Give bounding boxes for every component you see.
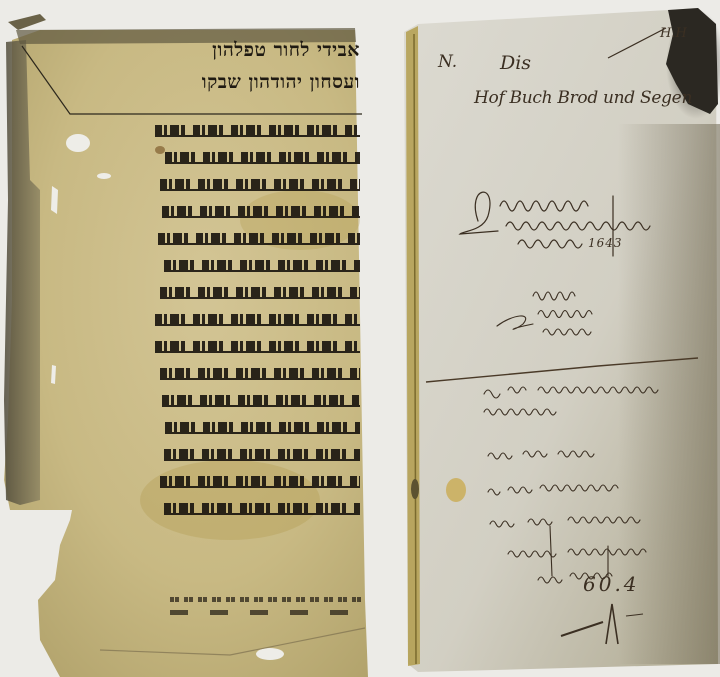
hebrew-text-line: [150, 440, 360, 467]
hebrew-text-line: [150, 224, 360, 251]
hebrew-header-line-1: אבידי לחור טפלהון: [150, 34, 360, 66]
signature-cursive: [493, 284, 653, 344]
german-paper-leaf: N. H.H Dis Hof Buch Brod und Segen 1643: [398, 4, 720, 674]
hebrew-text-line: [150, 305, 360, 332]
title-line-1: Dis: [500, 52, 531, 74]
hebrew-footer-line: [170, 610, 360, 615]
hebrew-header: אבידי לחור טפלהון ועסחון יהודהון שבקו: [150, 34, 360, 98]
hebrew-text-line: [150, 467, 360, 494]
hebrew-text-line: [150, 332, 360, 359]
hebrew-text-line: [150, 197, 360, 224]
inscription-cursive: [458, 176, 698, 266]
hebrew-text-line: [150, 143, 360, 170]
hebrew-text-line: [150, 116, 360, 143]
hebrew-header-line-2: ועסחון יהודהון שבקו: [150, 66, 360, 98]
manuscript-photograph: אבידי לחור טפלהון ועסחון יהודהון שבקו: [0, 0, 720, 677]
hebrew-parchment-fragment: אבידי לחור טפלהון ועסחון יהודהון שבקו: [0, 0, 370, 677]
hebrew-text-line: [150, 413, 360, 440]
hebrew-text-line: [150, 494, 360, 521]
hebrew-text-line: [150, 251, 360, 278]
title-line-2: Hof Buch Brod und Segen: [474, 88, 692, 108]
inscription-year: 1643: [588, 236, 623, 250]
hebrew-text-line: [150, 359, 360, 386]
hebrew-footer-line: [170, 597, 365, 602]
hebrew-body-text: [150, 116, 360, 521]
corner-mark: H.H: [660, 26, 687, 41]
hebrew-text-line: [150, 386, 360, 413]
hebrew-text-line: [150, 170, 360, 197]
entry-sum: 60.4: [583, 572, 640, 596]
hebrew-footer-note: [170, 597, 365, 623]
hebrew-text-line: [150, 278, 360, 305]
folio-mark: N.: [438, 52, 457, 72]
